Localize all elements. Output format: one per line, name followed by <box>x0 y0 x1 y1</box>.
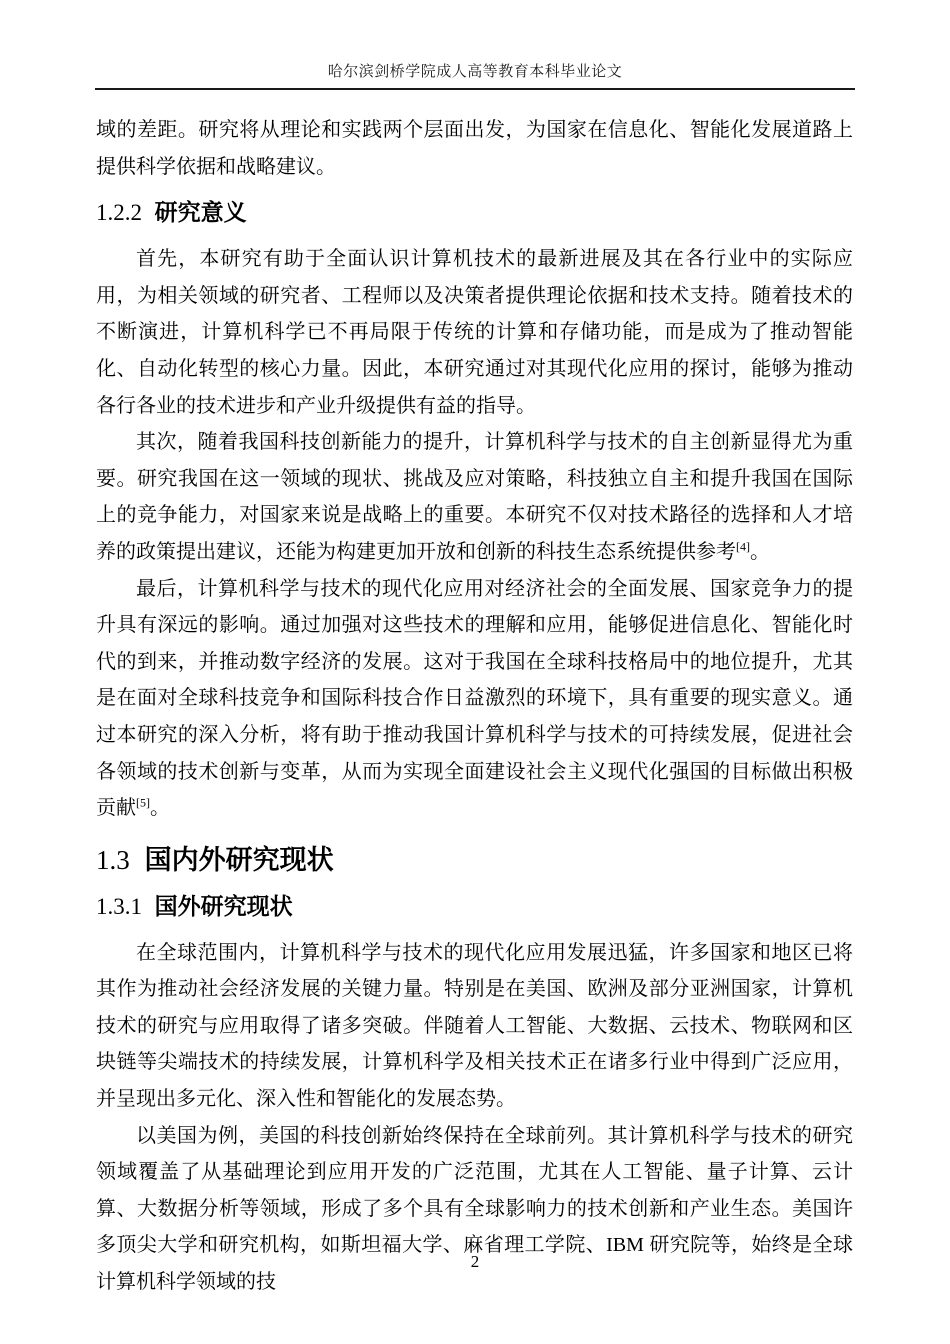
page-content: 域的差距。研究将从理论和实践两个层面出发，为国家在信息化、智能化发展道路上提供科… <box>96 112 853 1301</box>
heading-1-3-1-title: 国外研究现状 <box>155 893 293 919</box>
heading-1-3-1-number: 1.3.1 <box>96 894 142 919</box>
paragraph-continuation: 域的差距。研究将从理论和实践两个层面出发，为国家在信息化、智能化发展道路上提供科… <box>96 112 853 185</box>
paragraph-significance-second: 其次，随着我国科技创新能力的提升，计算机科学与技术的自主创新显得尤为重要。研究我… <box>96 424 853 570</box>
heading-1-2-2: 1.2.2研究意义 <box>96 194 853 231</box>
citation-ref-5: [5] <box>136 795 150 809</box>
heading-1-3-title: 国内外研究现状 <box>145 845 334 875</box>
heading-1-2-2-title: 研究意义 <box>155 199 247 225</box>
heading-1-3: 1.3国内外研究现状 <box>96 840 853 880</box>
paragraph-significance-last: 最后，计算机科学与技术的现代化应用对经济社会的全面发展、国家竞争力的提升具有深远… <box>96 571 853 827</box>
paragraph-text: 最后，计算机科学与技术的现代化应用对经济社会的全面发展、国家竞争力的提升具有深远… <box>96 578 853 820</box>
heading-1-3-number: 1.3 <box>96 845 130 875</box>
page-header-text: 哈尔滨剑桥学院成人高等教育本科毕业论文 <box>328 64 623 80</box>
paragraph-usa-example: 以美国为例，美国的科技创新始终保持在全球前列。其计算机科学与技术的研究领域覆盖了… <box>96 1118 853 1301</box>
heading-1-2-2-number: 1.2.2 <box>96 200 142 225</box>
paragraph-global-status: 在全球范围内，计算机科学与技术的现代化应用发展迅猛，许多国家和地区已将其作为推动… <box>96 935 853 1118</box>
citation-ref-4: [4] <box>736 539 750 553</box>
heading-1-3-1: 1.3.1国外研究现状 <box>96 888 853 925</box>
paragraph-significance-first: 首先，本研究有助于全面认识计算机技术的最新进展及其在各行业中的实际应用，为相关领… <box>96 241 853 424</box>
paragraph-text-tail: 。 <box>150 797 170 819</box>
page-header: 哈尔滨剑桥学院成人高等教育本科毕业论文 <box>95 60 855 90</box>
paragraph-text-tail: 。 <box>750 541 770 563</box>
thesis-page: 哈尔滨剑桥学院成人高等教育本科毕业论文 域的差距。研究将从理论和实践两个层面出发… <box>0 0 950 1344</box>
page-number: 2 <box>0 1252 950 1272</box>
